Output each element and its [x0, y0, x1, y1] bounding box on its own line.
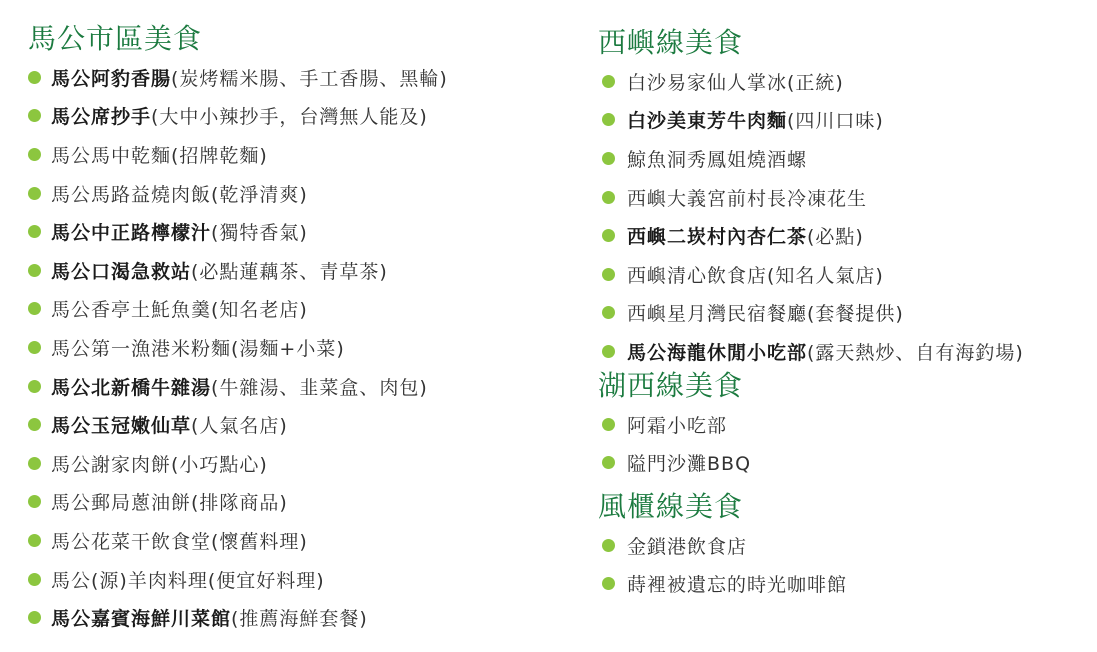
restaurant-name: 馬公馬中乾麵 [51, 141, 171, 168]
list-item: 阿霜小吃部 [598, 405, 1088, 444]
list-item: 白沙美東芳牛肉麵(四川口味) [598, 101, 1088, 140]
section-title: 湖西線美食 [598, 367, 1088, 405]
restaurant-name: 西嶼大義宮前村長冷凍花生 [627, 184, 867, 211]
restaurant-name: 鯨魚洞秀鳳姐燒酒螺 [627, 145, 807, 172]
bullet-dot-icon [28, 109, 41, 122]
section-xiyu-line: 西嶼線美食 白沙易家仙人掌冰(正統)白沙美東芳牛肉麵(四川口味)鯨魚洞秀鳳姐燒酒… [598, 24, 1088, 371]
restaurant-name: 馬公馬路益燒肉飯 [51, 180, 211, 207]
list-item: 鯨魚洞秀鳳姐燒酒螺 [598, 139, 1088, 178]
list-item: 隘門沙灘BBQ [598, 444, 1088, 483]
list-item: 西嶼星月灣民宿餐廳(套餐提供) [598, 294, 1088, 333]
list-item: 馬公(源)羊肉料理(便宜好料理) [28, 560, 568, 599]
bullet-dot-icon [602, 456, 615, 469]
restaurant-name: 西嶼星月灣民宿餐廳 [627, 299, 807, 326]
restaurant-name: 馬公口渴急救站 [51, 257, 191, 284]
bullet-dot-icon [602, 577, 615, 590]
restaurant-note: (必點) [807, 222, 864, 249]
restaurant-note: (獨特香氣) [211, 218, 308, 245]
restaurant-name: 馬公(源)羊肉料理 [51, 566, 208, 593]
section-title: 西嶼線美食 [598, 24, 1088, 62]
section-fenggui-line: 風櫃線美食 金鎖港飲食店蒔裡被遺忘的時光咖啡館 [598, 488, 1088, 603]
restaurant-name: 白沙美東芳牛肉麵 [627, 106, 787, 133]
restaurant-note: (便宜好料理) [208, 566, 325, 593]
bullet-dot-icon [602, 113, 615, 126]
bullet-dot-icon [28, 380, 41, 393]
restaurant-note: (炭烤糯米腸、手工香腸、黑輪) [171, 64, 448, 91]
restaurant-note: (套餐提供) [807, 299, 904, 326]
list-item: 馬公郵局蔥油餅(排隊商品) [28, 483, 568, 522]
list-item: 馬公玉冠嫩仙草(人氣名店) [28, 405, 568, 444]
bullet-dot-icon [28, 341, 41, 354]
restaurant-name: 隘門沙灘BBQ [627, 449, 751, 476]
bullet-dot-icon [28, 302, 41, 315]
food-list: 金鎖港飲食店蒔裡被遺忘的時光咖啡館 [598, 526, 1088, 603]
list-item: 西嶼二崁村內杏仁茶(必點) [598, 216, 1088, 255]
list-item: 西嶼大義宮前村長冷凍花生 [598, 178, 1088, 217]
restaurant-name: 白沙易家仙人掌冰 [627, 68, 787, 95]
restaurant-name: 馬公郵局蔥油餅 [51, 488, 191, 515]
restaurant-name: 馬公第一漁港米粉麵 [51, 334, 231, 361]
bullet-dot-icon [602, 306, 615, 319]
section-title: 風櫃線美食 [598, 488, 1088, 526]
list-item: 馬公花菜干飲食堂(懷舊料理) [28, 521, 568, 560]
restaurant-name: 馬公玉冠嫩仙草 [51, 411, 191, 438]
bullet-dot-icon [28, 611, 41, 624]
bullet-dot-icon [28, 71, 41, 84]
bullet-dot-icon [28, 225, 41, 238]
list-item: 馬公口渴急救站(必點蓮藕茶、青草茶) [28, 251, 568, 290]
restaurant-note: (大中小辣抄手，台灣無人能及) [151, 102, 428, 129]
restaurant-note: (牛雜湯、韭菜盒、肉包) [211, 373, 428, 400]
restaurant-name: 金鎖港飲食店 [627, 532, 747, 559]
bullet-dot-icon [28, 264, 41, 277]
section-huxi-line: 湖西線美食 阿霜小吃部隘門沙灘BBQ [598, 367, 1088, 482]
restaurant-name: 馬公海龍休閒小吃部 [627, 338, 807, 365]
bullet-dot-icon [602, 229, 615, 242]
restaurant-name: 馬公花菜干飲食堂 [51, 527, 211, 554]
food-list: 馬公阿豹香腸(炭烤糯米腸、手工香腸、黑輪)馬公席抄手(大中小辣抄手，台灣無人能及… [28, 58, 568, 637]
restaurant-name: 西嶼清心飲食店 [627, 261, 767, 288]
restaurant-name: 馬公謝家肉餅 [51, 450, 171, 477]
food-list: 白沙易家仙人掌冰(正統)白沙美東芳牛肉麵(四川口味)鯨魚洞秀鳳姐燒酒螺西嶼大義宮… [598, 62, 1088, 371]
bullet-dot-icon [28, 457, 41, 470]
bullet-dot-icon [602, 345, 615, 358]
restaurant-name: 西嶼二崁村內杏仁茶 [627, 222, 807, 249]
bullet-dot-icon [602, 191, 615, 204]
bullet-dot-icon [28, 495, 41, 508]
list-item: 馬公馬路益燒肉飯(乾淨清爽) [28, 174, 568, 213]
bullet-dot-icon [602, 539, 615, 552]
list-item: 馬公馬中乾麵(招牌乾麵) [28, 135, 568, 174]
restaurant-note: (露天熱炒、自有海釣場) [807, 338, 1024, 365]
list-item: 馬公阿豹香腸(炭烤糯米腸、手工香腸、黑輪) [28, 58, 568, 97]
bullet-dot-icon [28, 534, 41, 547]
restaurant-note: (四川口味) [787, 106, 884, 133]
bullet-dot-icon [602, 268, 615, 281]
list-item: 西嶼清心飲食店(知名人氣店) [598, 255, 1088, 294]
section-title: 馬公市區美食 [28, 20, 568, 58]
list-item: 馬公第一漁港米粉麵(湯麵+小菜) [28, 328, 568, 367]
list-item: 馬公嘉賓海鮮川菜館(推薦海鮮套餐) [28, 598, 568, 637]
list-item: 蒔裡被遺忘的時光咖啡館 [598, 565, 1088, 604]
restaurant-name: 馬公北新橋牛雜湯 [51, 373, 211, 400]
restaurant-note: (知名人氣店) [767, 261, 884, 288]
list-item: 馬公海龍休閒小吃部(露天熱炒、自有海釣場) [598, 332, 1088, 371]
restaurant-note: (小巧點心) [171, 450, 268, 477]
restaurant-note: (湯麵+小菜) [231, 334, 345, 361]
bullet-dot-icon [602, 75, 615, 88]
restaurant-name: 阿霜小吃部 [627, 411, 727, 438]
restaurant-note: (必點蓮藕茶、青草茶) [191, 257, 388, 284]
list-item: 馬公香亭土魠魚羹(知名老店) [28, 290, 568, 329]
restaurant-note: (人氣名店) [191, 411, 288, 438]
list-item: 馬公北新橋牛雜湯(牛雜湯、韭菜盒、肉包) [28, 367, 568, 406]
restaurant-name: 馬公席抄手 [51, 102, 151, 129]
restaurant-name: 馬公香亭土魠魚羹 [51, 295, 211, 322]
section-magong-city: 馬公市區美食 馬公阿豹香腸(炭烤糯米腸、手工香腸、黑輪)馬公席抄手(大中小辣抄手… [28, 20, 568, 637]
food-list: 阿霜小吃部隘門沙灘BBQ [598, 405, 1088, 482]
restaurant-name: 馬公嘉賓海鮮川菜館 [51, 604, 231, 631]
list-item: 金鎖港飲食店 [598, 526, 1088, 565]
list-item: 馬公中正路檸檬汁(獨特香氣) [28, 212, 568, 251]
restaurant-note: (知名老店) [211, 295, 308, 322]
restaurant-name: 馬公中正路檸檬汁 [51, 218, 211, 245]
bullet-dot-icon [28, 187, 41, 200]
restaurant-name: 蒔裡被遺忘的時光咖啡館 [627, 570, 847, 597]
restaurant-note: (正統) [787, 68, 844, 95]
restaurant-note: (排隊商品) [191, 488, 288, 515]
restaurant-note: (懷舊料理) [211, 527, 308, 554]
list-item: 白沙易家仙人掌冰(正統) [598, 62, 1088, 101]
restaurant-name: 馬公阿豹香腸 [51, 64, 171, 91]
restaurant-note: (推薦海鮮套餐) [231, 604, 368, 631]
list-item: 馬公謝家肉餅(小巧點心) [28, 444, 568, 483]
bullet-dot-icon [602, 152, 615, 165]
restaurant-note: (招牌乾麵) [171, 141, 268, 168]
restaurant-note: (乾淨清爽) [211, 180, 308, 207]
list-item: 馬公席抄手(大中小辣抄手，台灣無人能及) [28, 97, 568, 136]
bullet-dot-icon [602, 418, 615, 431]
bullet-dot-icon [28, 418, 41, 431]
bullet-dot-icon [28, 573, 41, 586]
bullet-dot-icon [28, 148, 41, 161]
